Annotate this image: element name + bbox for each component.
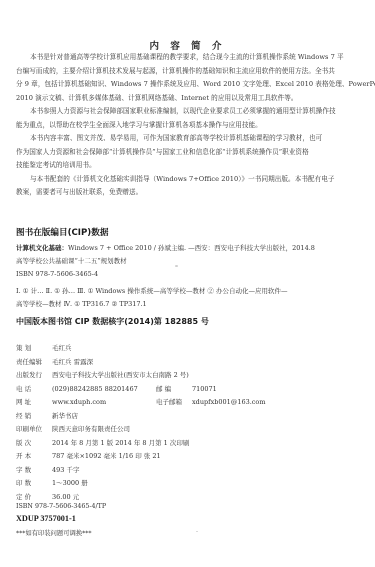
scan-speck	[175, 265, 178, 267]
imprint-value: (029)88242885 88201467	[52, 385, 138, 394]
summary-p1-line1: 本书是针对普通高等学校计算机应用基础课程的教学要求，结合现今主流的计算机操作系统…	[30, 53, 344, 62]
email-address: xdupfxb001@163.com	[192, 398, 266, 407]
imprint-row-format: 开 本787 毫米×1092 毫米 1/16 印 张 21	[16, 452, 161, 461]
summary-p3-line1: 本书内容丰富、图文并茂、易学易用，可作为国家教育部高等学校计算机基础课程的学习教…	[30, 134, 322, 143]
scan-speck	[196, 531, 198, 532]
imprint-value: 710071	[192, 385, 217, 394]
summary-p4-line2: 教案，需要者可与出版社联系，免费赠送。	[16, 188, 142, 197]
imprint-value: 493 千字	[52, 466, 79, 475]
cip-subject-line2: 高等学校—教材 Ⅳ. ① TP316.7 ② TP317.1	[16, 300, 147, 309]
imprint-value: 毛红兵 雷露深	[52, 358, 93, 367]
cip-title-line: 计算机文化基础：Windows 7 + Office 2010 / 孙斌主编. …	[16, 244, 315, 253]
imprint-row-printer: 印刷单位陕西天意印务有限责任公司	[16, 425, 130, 434]
website-link: www.xduph.com	[52, 398, 106, 407]
imprint-row-planner: 策 划毛红兵	[16, 344, 72, 353]
cip-title-rest: Windows 7 + Office 2010 / 孙斌主编. —西安：西安电子…	[68, 244, 315, 252]
imprint-row-price: 定 价36.00 元	[16, 493, 79, 502]
imprint-label: 责任编辑	[16, 358, 52, 367]
imprint-value: 新华书店	[52, 412, 78, 421]
imprint-label: 策 划	[16, 344, 52, 353]
summary-p2-line1: 本书参照人力资源与社会保障部国家职业标准编制，以现代企业要求员工必须掌握的通用型…	[30, 107, 336, 116]
summary-p1-line3: 分 9 章，包括计算机基础知识、Windows 7 操作系统及应用、Word 2…	[16, 80, 375, 89]
imprint-row-postcode: 邮 编710071	[156, 385, 217, 394]
imprint-label: 版 次	[16, 439, 52, 448]
imprint-label: 经 销	[16, 412, 52, 421]
imprint-label: 电 话	[16, 385, 52, 394]
summary-p2-line2: 能为重点，以帮助在校学生全面深入地学习与掌握计算机各项基本操作与应用技能。	[16, 121, 262, 130]
imprint-row-publisher: 出版发行西安电子科技大学出版社(西安市太白南路 2 号)	[16, 371, 189, 380]
imprint-label: 印刷单位	[16, 425, 52, 434]
imprint-row-phone: 电 话(029)88242885 88201467	[16, 385, 138, 394]
book-copyright-page: 内 容 简 介 本书是针对普通高等学校计算机应用基础课程的教学要求，结合现今主流…	[0, 0, 375, 567]
cip-isbn: ISBN 978-7-5606-3465-4	[16, 270, 98, 279]
summary-p4-line1: 与本书配套的《计算机文化基础实训指导（Windows 7+Office 2010…	[30, 175, 335, 184]
imprint-value: 787 毫米×1092 毫米 1/16 印 张 21	[52, 452, 161, 461]
imprint-value: 36.00 元	[52, 493, 79, 502]
imprint-row-print-run: 印 数1～3000 册	[16, 479, 88, 488]
imprint-label: 字 数	[16, 466, 52, 475]
xdup-code: XDUP 3757001-1	[16, 514, 76, 523]
imprint-label: 电子邮箱	[156, 398, 192, 407]
imprint-label: 开 本	[16, 452, 52, 461]
imprint-row-wordcount: 字 数493 千字	[16, 466, 79, 475]
isbn-classification: ISBN 978-7-5606-3465-4/TP	[16, 503, 106, 510]
imprint-label: 邮 编	[156, 385, 192, 394]
imprint-row-email: 电子邮箱xdupfxb001@163.com	[156, 398, 266, 407]
cip-series: 高等学校公共基础课“十二五”规划教材	[16, 257, 127, 266]
summary-p1-line2: 台编写而成的，主要介绍计算机技术发展与起源，计算机操作的基础知识和主流应用软件的…	[16, 67, 335, 76]
imprint-row-editor: 责任编辑毛红兵 雷露深	[16, 358, 93, 367]
imprint-label: 出版发行	[16, 371, 52, 380]
summary-p1-line4: 2010 演示文稿、计算机多媒体基础、计算机网络基础、Internet 的应用以…	[16, 94, 298, 103]
summary-title: 内 容 简 介	[0, 38, 375, 52]
imprint-value: 1～3000 册	[52, 479, 88, 488]
imprint-row-edition: 版 次2014 年 8 月第 1 版 2014 年 8 月第 1 次印刷	[16, 439, 189, 448]
print-defect-notice: ***如有印装问题可调换***	[16, 528, 92, 537]
imprint-value: 西安电子科技大学出版社(西安市太白南路 2 号)	[52, 371, 189, 380]
cip-book-title: 计算机文化基础：	[16, 244, 68, 252]
cip-catalog-number: 中国版本图书馆 CIP 数据核字(2014)第 182885 号	[16, 316, 209, 327]
imprint-value: 陕西天意印务有限责任公司	[52, 425, 130, 434]
imprint-label: 印 数	[16, 479, 52, 488]
summary-p3-line3: 技能鉴定考试的培训用书。	[16, 161, 96, 170]
imprint-label: 网 址	[16, 398, 52, 407]
imprint-value: 毛红兵	[52, 344, 72, 353]
imprint-row-distributor: 经 销新华书店	[16, 412, 78, 421]
summary-p3-line2: 作为国家人力资源和社会保障部“计算机操作员”与国家工业和信息化部“计算机系统操作…	[16, 148, 309, 157]
cip-heading: 图书在版编目(CIP)数据	[16, 226, 108, 238]
imprint-label: 定 价	[16, 493, 52, 502]
imprint-row-website: 网 址www.xduph.com	[16, 398, 106, 407]
imprint-value: 2014 年 8 月第 1 版 2014 年 8 月第 1 次印刷	[52, 439, 189, 448]
cip-subject-line1: Ⅰ. ① 计… Ⅱ. ① 孙… Ⅲ. ① Windows 操作系统—高等学校—教…	[16, 287, 287, 296]
scan-speck	[248, 119, 250, 120]
